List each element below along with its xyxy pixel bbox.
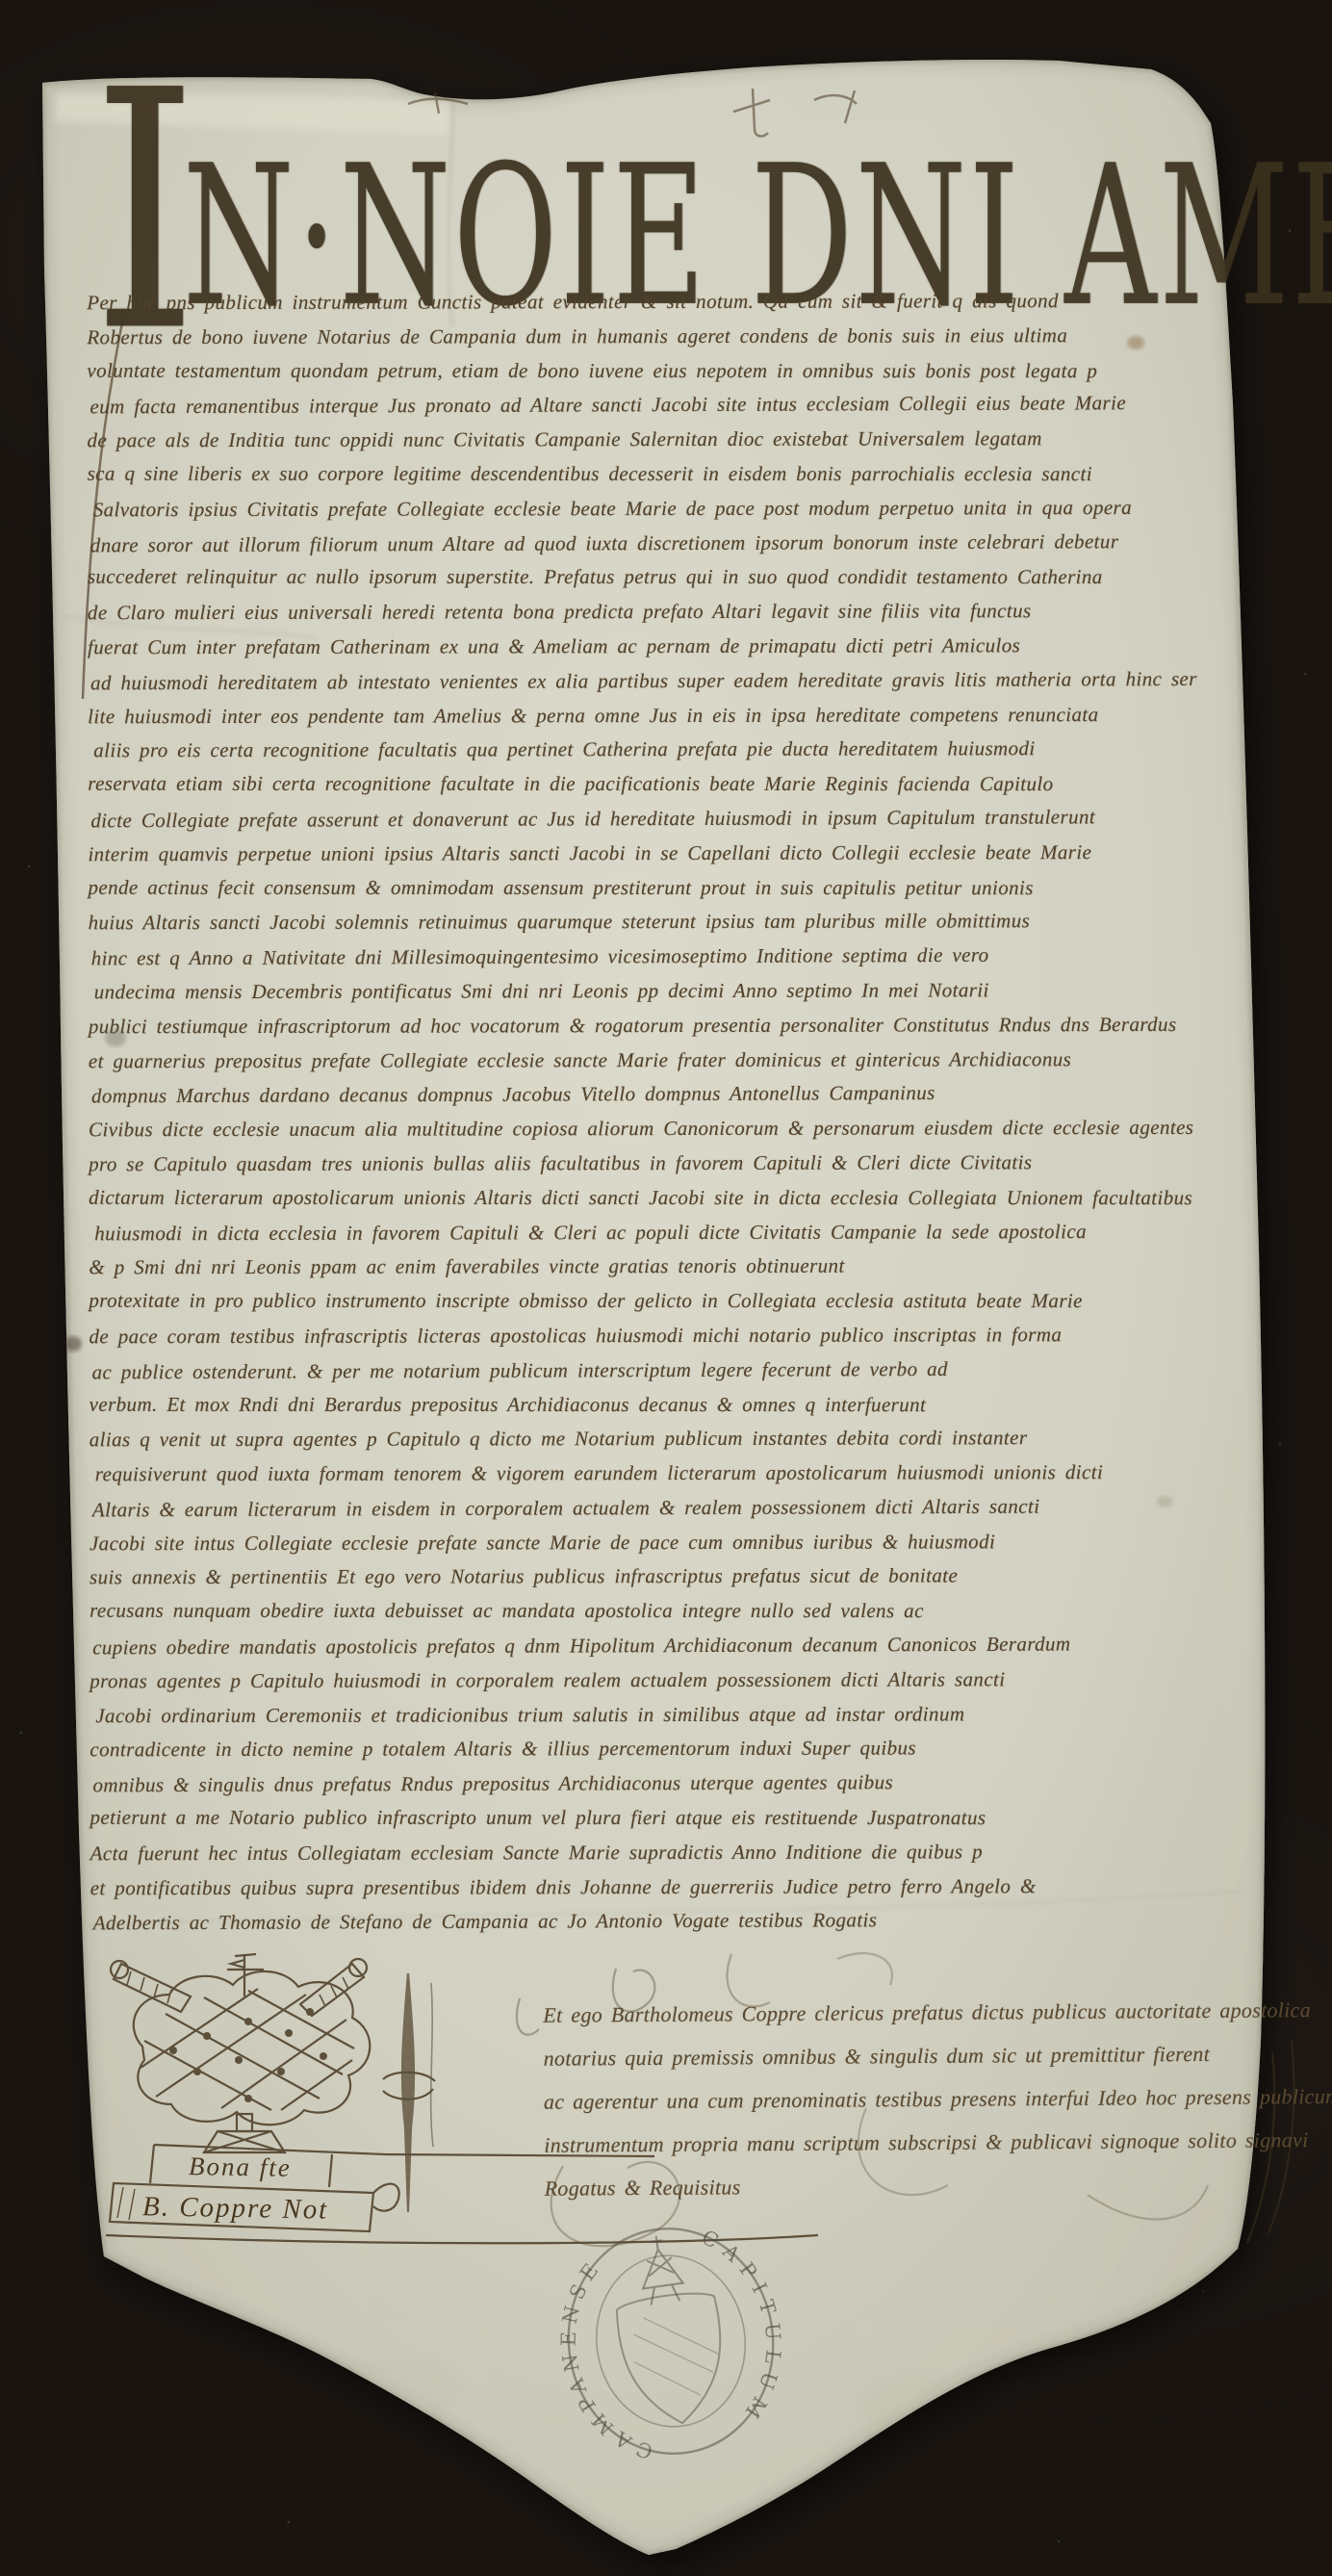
text-line: huius Altaris sancti Jacobi solemnis ret… bbox=[89, 904, 1292, 940]
text-line: verbum. Et mox Rndi dni Berardus preposi… bbox=[90, 1387, 1293, 1422]
text-line: sca q sine liberis ex suo corpore legiti… bbox=[88, 457, 1291, 492]
text-line: requisiverunt quod iuxta formam tenorem … bbox=[95, 1455, 1298, 1492]
text-line: & p Smi dni nri Leonis ppam ac enim fave… bbox=[89, 1249, 1292, 1285]
text-line: dompnus Marchus dardano decanus dompnus … bbox=[91, 1075, 1294, 1115]
text-line: de Claro mulieri eius universali heredi … bbox=[88, 594, 1291, 631]
text-line: Jacobi ordinarium Ceremoniis et tradicio… bbox=[95, 1696, 1298, 1733]
text-line: huiusmodi in dicta ecclesia in favorem C… bbox=[94, 1214, 1297, 1250]
photo-background: CAPITULUM CAMPANENSE I N·NOIE DNI AMEN P… bbox=[0, 0, 1332, 2576]
text-line: recusans nunquam obedire iuxta debuisset… bbox=[90, 1594, 1293, 1629]
text-line: interim quamvis perpetue unioni ipsius A… bbox=[88, 835, 1291, 871]
text-line: ac publice ostenderunt. & per me notariu… bbox=[91, 1351, 1294, 1390]
text-line: de pace coram testibus infrascriptis lic… bbox=[89, 1318, 1292, 1354]
text-line: Civibus dicte ecclesie unacum alia multi… bbox=[89, 1111, 1292, 1147]
text-line: ad huiusmodi hereditatem ab intestato ve… bbox=[90, 661, 1294, 701]
text-line: publici testiumque infrascriptorum ad ho… bbox=[89, 1007, 1292, 1043]
text-line: Adelbertis ac Thomasio de Stefano de Cam… bbox=[93, 1902, 1296, 1942]
text-line: Salvatoris ipsius Civitatis prefate Coll… bbox=[93, 490, 1296, 527]
text-line: instrumentum propria manu scriptum subsc… bbox=[544, 2118, 1304, 2167]
text-line: protexitate in pro publico instrumento i… bbox=[89, 1284, 1292, 1319]
text-line: Rogatus & Requisitus bbox=[544, 2161, 1304, 2210]
text-line: de pace als de Inditia tunc oppidi nunc … bbox=[88, 422, 1291, 458]
text-line: Altaris & earum licterarum in eisdem in … bbox=[92, 1488, 1295, 1528]
text-line: notarius quia premissis omnibus & singul… bbox=[544, 2031, 1304, 2080]
banner-notary-name: B. Coppre Not bbox=[142, 2191, 329, 2225]
text-line: cupiens obedire mandatis apostolicis pre… bbox=[92, 1627, 1295, 1666]
text-line: reservata etiam sibi certa recognitione … bbox=[88, 767, 1291, 802]
text-line: ac agerentur una cum prenominatis testib… bbox=[544, 2074, 1304, 2124]
text-line: undecima mensis Decembris pontificatus S… bbox=[94, 973, 1297, 1010]
text-line: voluntate testamentum quondam petrum, et… bbox=[87, 353, 1290, 388]
text-line: succederet relinquitur ac nullo ipsorum … bbox=[88, 560, 1291, 595]
text-line: aliis pro eis certa recognitione faculta… bbox=[93, 732, 1296, 768]
text-line: pro se Capitulo quasdam tres unionis bul… bbox=[89, 1146, 1292, 1182]
text-line: Et ego Bartholomeus Coppre clericus pref… bbox=[543, 1988, 1303, 2037]
body-text: Per hoc pns publicum instrumentum Cuncti… bbox=[87, 284, 1294, 1941]
text-line: pende actinus fecit consensum & omnimoda… bbox=[89, 870, 1292, 905]
text-line: dnare soror aut illorum filiorum unum Al… bbox=[90, 524, 1294, 563]
banner-bona-fide: Bona fte bbox=[189, 2151, 292, 2182]
text-line: omnibus & singulis dnus prefatus Rndus p… bbox=[92, 1765, 1295, 1804]
text-line: Robertus de bono iuvene Notarius de Camp… bbox=[87, 318, 1290, 354]
text-line: lite huiusmodi inter eos pendente tam Am… bbox=[88, 697, 1291, 734]
text-line: et pontificatibus quibus supra presentib… bbox=[90, 1868, 1294, 1905]
text-line: contradicente in dicto nemine p totalem … bbox=[90, 1731, 1293, 1767]
text-line: Acta fuerunt hec intus Collegiatam eccle… bbox=[90, 1835, 1294, 1871]
text-line: petierunt a me Notario publico infrascri… bbox=[90, 1801, 1294, 1836]
text-line: Jacobi site intus Collegiate ecclesie pr… bbox=[90, 1524, 1293, 1560]
text-line: alias q venit ut supra agentes p Capitul… bbox=[90, 1421, 1293, 1457]
text-line: Per hoc pns publicum instrumentum Cuncti… bbox=[87, 284, 1290, 321]
text-line: hinc est q Anno a Nativitate dni Millesi… bbox=[91, 938, 1294, 977]
text-line: et guarnerius prepositus prefate Collegi… bbox=[89, 1042, 1292, 1078]
text-line: eum facta remanentibus interque Jus pron… bbox=[90, 386, 1293, 425]
text-line: dictarum licterarum apostolicarum unioni… bbox=[89, 1181, 1292, 1216]
text-line: fuerat Cum inter prefatam Catherinam ex … bbox=[88, 629, 1291, 665]
notarial-subscription: Et ego Bartholomeus Coppre clericus pref… bbox=[543, 1988, 1305, 2210]
text-line: dicte Collegiate prefate asserunt et don… bbox=[90, 800, 1294, 839]
text-line: pronas agentes p Capitulo huiusmodi in c… bbox=[90, 1662, 1293, 1699]
text-line: suis annexis & pertinentiis Et ego vero … bbox=[90, 1558, 1293, 1595]
